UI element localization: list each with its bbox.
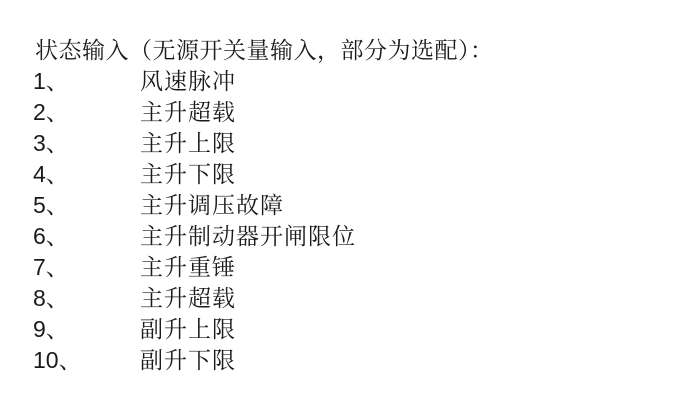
- item-label: 主升制动器开闸限位: [140, 221, 356, 252]
- item-number: 6、: [33, 221, 140, 252]
- item-number: 10、: [33, 345, 140, 376]
- item-label: 主升超载: [140, 283, 236, 314]
- document-page: 状态输入（无源开关量输入，部分为选配）： 1、 风速脉冲 2、 主升超载 3、 …: [0, 0, 678, 404]
- item-number: 3、: [33, 128, 140, 159]
- section-title: 状态输入（无源开关量输入，部分为选配）：: [35, 35, 668, 66]
- list-item: 7、 主升重锤: [33, 252, 668, 283]
- item-label: 主升上限: [140, 128, 236, 159]
- item-number: 1、: [33, 66, 140, 97]
- item-number: 8、: [33, 283, 140, 314]
- item-label: 副升下限: [140, 345, 236, 376]
- item-number: 4、: [33, 159, 140, 190]
- list-item: 5、 主升调压故障: [33, 190, 668, 221]
- list-item: 2、 主升超载: [33, 97, 668, 128]
- item-label: 主升下限: [140, 159, 236, 190]
- list-item: 1、 风速脉冲: [33, 66, 668, 97]
- list-item: 10、 副升下限: [33, 345, 668, 376]
- item-number: 2、: [33, 97, 140, 128]
- status-input-section: 状态输入（无源开关量输入，部分为选配）： 1、 风速脉冲 2、 主升超载 3、 …: [33, 35, 668, 376]
- item-label: 副升上限: [140, 314, 236, 345]
- list-item: 4、 主升下限: [33, 159, 668, 190]
- item-number: 9、: [33, 314, 140, 345]
- list-item: 9、 副升上限: [33, 314, 668, 345]
- item-label: 风速脉冲: [140, 66, 236, 97]
- item-label: 主升调压故障: [140, 190, 284, 221]
- list-item: 8、 主升超载: [33, 283, 668, 314]
- list-item: 6、 主升制动器开闸限位: [33, 221, 668, 252]
- item-label: 主升重锤: [140, 252, 236, 283]
- item-number: 7、: [33, 252, 140, 283]
- item-label: 主升超载: [140, 97, 236, 128]
- item-number: 5、: [33, 190, 140, 221]
- list-item: 3、 主升上限: [33, 128, 668, 159]
